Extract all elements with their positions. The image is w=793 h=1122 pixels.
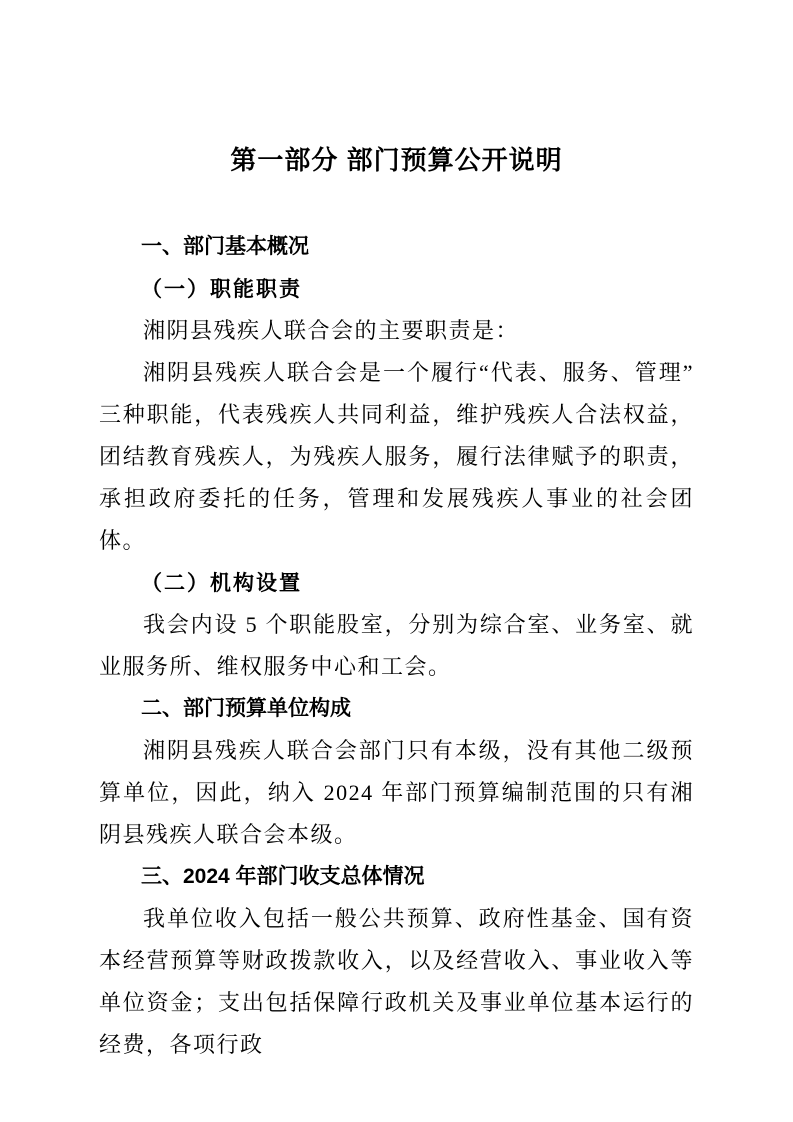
paragraph: 湘阴县残疾人联合会的主要职责是：: [99, 310, 694, 352]
document-title: 第一部分 部门预算公开说明: [99, 141, 694, 179]
paragraph: 我会内设 5 个职能股室，分别为综合室、业务室、就业服务所、维权服务中心和工会。: [99, 604, 694, 688]
subsection-heading-1-2: （二）机构设置: [99, 562, 694, 604]
paragraph: 湘阴县残疾人联合会部门只有本级，没有其他二级预算单位，因此，纳入 2024 年部…: [99, 730, 694, 856]
section-heading-3: 三、2024 年部门收支总体情况: [99, 856, 694, 898]
paragraph: 湘阴县残疾人联合会是一个履行“代表、服务、管理”三种职能，代表残疾人共同利益，维…: [99, 352, 694, 562]
paragraph: 我单位收入包括一般公共预算、政府性基金、国有资本经营预算等财政拨款收入，以及经营…: [99, 898, 694, 1066]
section-heading-1: 一、部门基本概况: [99, 226, 694, 268]
subsection-heading-1-1: （一）职能职责: [99, 268, 694, 310]
section-heading-2: 二、部门预算单位构成: [99, 688, 694, 730]
document-page: 第一部分 部门预算公开说明 一、部门基本概况 （一）职能职责 湘阴县残疾人联合会…: [0, 0, 793, 1122]
